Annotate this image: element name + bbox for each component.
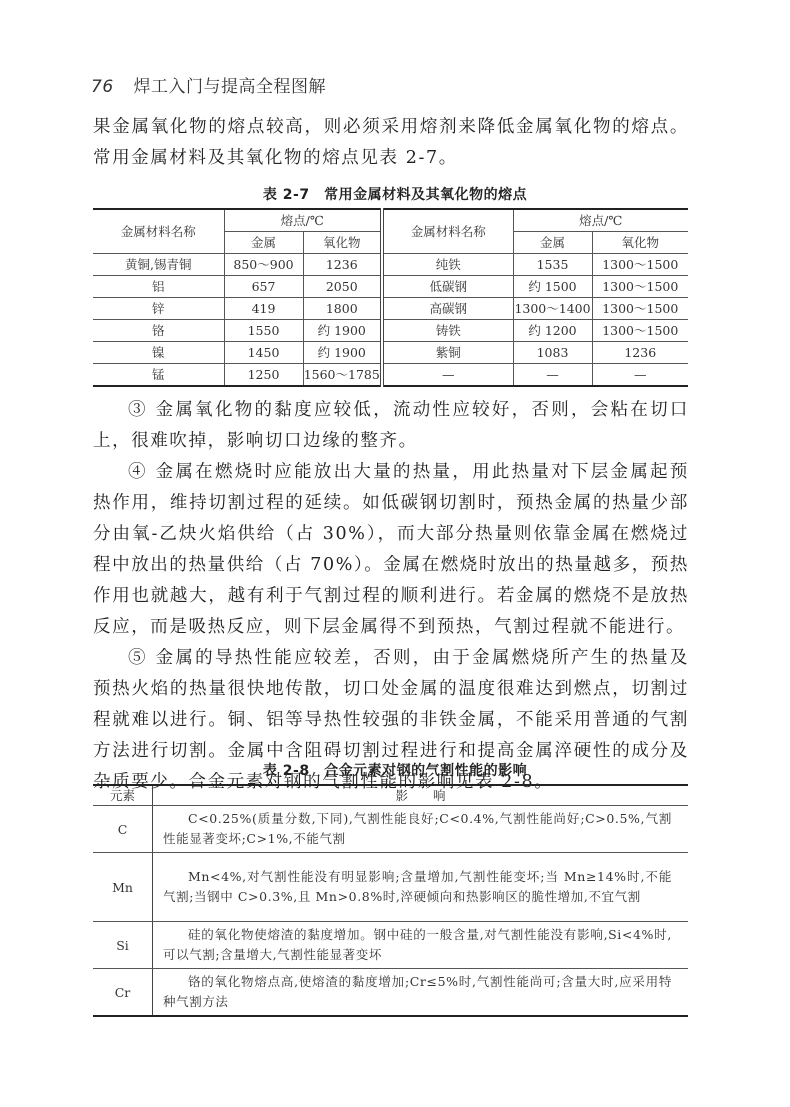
table-2-8: 元素 影 响 C C<0.25%(质量分数,下同),气割性能良好;C<0.4%,… bbox=[93, 784, 688, 1017]
page-header: 76 焊工入门与提高全程图解 bbox=[91, 72, 326, 97]
element-cell: Si bbox=[93, 922, 153, 969]
cell: 1083 bbox=[513, 342, 592, 364]
cell: 1450 bbox=[224, 342, 303, 364]
header-metal: 金属 bbox=[224, 232, 303, 254]
table-2-7-caption: 表 2-7 常用金属材料及其氧化物的熔点 bbox=[0, 184, 790, 204]
header-oxide: 氧化物 bbox=[592, 232, 688, 254]
paragraph-4: ④ 金属在燃烧时应能放出大量的热量，用此热量对下层金属起预热作用，维持切割过程的… bbox=[93, 457, 689, 643]
cell: 1535 bbox=[513, 254, 592, 276]
table-row: 铝 657 2050 低碳钢 约 1500 1300～1500 bbox=[93, 276, 688, 298]
cell: 高碳钢 bbox=[382, 298, 513, 320]
paragraph-3: ③ 金属氧化物的黏度应较低，流动性应较好，否则，会粘在切口上，很难吹掉，影响切口… bbox=[93, 395, 689, 457]
cell: 1550 bbox=[224, 320, 303, 342]
cell: 1236 bbox=[592, 342, 688, 364]
cell: 1300～1500 bbox=[592, 298, 688, 320]
cell: 1236 bbox=[303, 254, 382, 276]
cell: 紫铜 bbox=[382, 342, 513, 364]
table-header-row: 金属材料名称 熔点/℃ 金属材料名称 熔点/℃ bbox=[93, 209, 688, 232]
header-name: 金属材料名称 bbox=[93, 209, 224, 254]
cell: 419 bbox=[224, 298, 303, 320]
element-cell: Cr bbox=[93, 969, 153, 1017]
page-number: 76 bbox=[91, 77, 114, 97]
cell: 锰 bbox=[93, 364, 224, 387]
effect-cell: 铬的氧化物熔点高,使熔渣的黏度增加;Cr≤5%时,气割性能尚可;含量大时,应采用… bbox=[153, 969, 689, 1017]
cell: 纯铁 bbox=[382, 254, 513, 276]
header-effect: 影 响 bbox=[153, 785, 689, 806]
table-row: 黄铜,锡青铜 850～900 1236 纯铁 1535 1300～1500 bbox=[93, 254, 688, 276]
header-name: 金属材料名称 bbox=[382, 209, 513, 254]
body-paragraphs: ③ 金属氧化物的黏度应较低，流动性应较好，否则，会粘在切口上，很难吹掉，影响切口… bbox=[93, 395, 689, 798]
table-2-8-caption: 表 2-8 合金元素对钢的气割性能的影响 bbox=[0, 760, 790, 780]
cell: 1560～1785 bbox=[303, 364, 382, 387]
cell: 约 1900 bbox=[303, 342, 382, 364]
table-row: Si 硅的氧化物使熔渣的黏度增加。钢中硅的一般含量,对气割性能没有影响,Si<4… bbox=[93, 922, 688, 969]
cell: 约 1500 bbox=[513, 276, 592, 298]
element-cell: C bbox=[93, 806, 153, 853]
header-melting-point: 熔点/℃ bbox=[224, 209, 382, 232]
intro-paragraph: 果金属氧化物的熔点较高，则必须采用熔剂来降低金属氧化物的熔点。常用金属材料及其氧… bbox=[93, 112, 689, 174]
cell: 镍 bbox=[93, 342, 224, 364]
cell: — bbox=[592, 364, 688, 387]
header-oxide: 氧化物 bbox=[303, 232, 382, 254]
table-row: 铬 1550 约 1900 铸铁 约 1200 1300～1500 bbox=[93, 320, 688, 342]
header-melting-point: 熔点/℃ bbox=[513, 209, 688, 232]
cell: 铸铁 bbox=[382, 320, 513, 342]
cell: 2050 bbox=[303, 276, 382, 298]
table-row: 锌 419 1800 高碳钢 1300～1400 1300～1500 bbox=[93, 298, 688, 320]
cell: 1300～1400 bbox=[513, 298, 592, 320]
table-row: Mn Mn<4%,对气割性能没有明显影响;含量增加,气割性能变坏;当 Mn≥14… bbox=[93, 853, 688, 922]
cell: — bbox=[513, 364, 592, 387]
cell: 铝 bbox=[93, 276, 224, 298]
cell: 1800 bbox=[303, 298, 382, 320]
table-row: C C<0.25%(质量分数,下同),气割性能良好;C<0.4%,气割性能尚好;… bbox=[93, 806, 688, 853]
cell: 1300～1500 bbox=[592, 320, 688, 342]
table-header-row: 元素 影 响 bbox=[93, 785, 688, 806]
cell: 657 bbox=[224, 276, 303, 298]
cell: 约 1200 bbox=[513, 320, 592, 342]
cell: 铬 bbox=[93, 320, 224, 342]
cell: — bbox=[382, 364, 513, 387]
cell: 锌 bbox=[93, 298, 224, 320]
cell: 1300～1500 bbox=[592, 254, 688, 276]
header-element: 元素 bbox=[93, 785, 153, 806]
cell: 1250 bbox=[224, 364, 303, 387]
cell: 约 1900 bbox=[303, 320, 382, 342]
cell: 黄铜,锡青铜 bbox=[93, 254, 224, 276]
book-title: 焊工入门与提高全程图解 bbox=[134, 77, 327, 97]
effect-cell: C<0.25%(质量分数,下同),气割性能良好;C<0.4%,气割性能尚好;C>… bbox=[153, 806, 689, 853]
effect-cell: 硅的氧化物使熔渣的黏度增加。钢中硅的一般含量,对气割性能没有影响,Si<4%时,… bbox=[153, 922, 689, 969]
cell: 低碳钢 bbox=[382, 276, 513, 298]
table-2-7: 金属材料名称 熔点/℃ 金属材料名称 熔点/℃ 金属 氧化物 金属 氧化物 黄铜… bbox=[93, 208, 688, 387]
element-cell: Mn bbox=[93, 853, 153, 922]
table-row: 锰 1250 1560～1785 — — — bbox=[93, 364, 688, 387]
table-row: Cr 铬的氧化物熔点高,使熔渣的黏度增加;Cr≤5%时,气割性能尚可;含量大时,… bbox=[93, 969, 688, 1017]
cell: 850～900 bbox=[224, 254, 303, 276]
effect-cell: Mn<4%,对气割性能没有明显影响;含量增加,气割性能变坏;当 Mn≥14%时,… bbox=[153, 853, 689, 922]
header-metal: 金属 bbox=[513, 232, 592, 254]
table-row: 镍 1450 约 1900 紫铜 1083 1236 bbox=[93, 342, 688, 364]
cell: 1300～1500 bbox=[592, 276, 688, 298]
